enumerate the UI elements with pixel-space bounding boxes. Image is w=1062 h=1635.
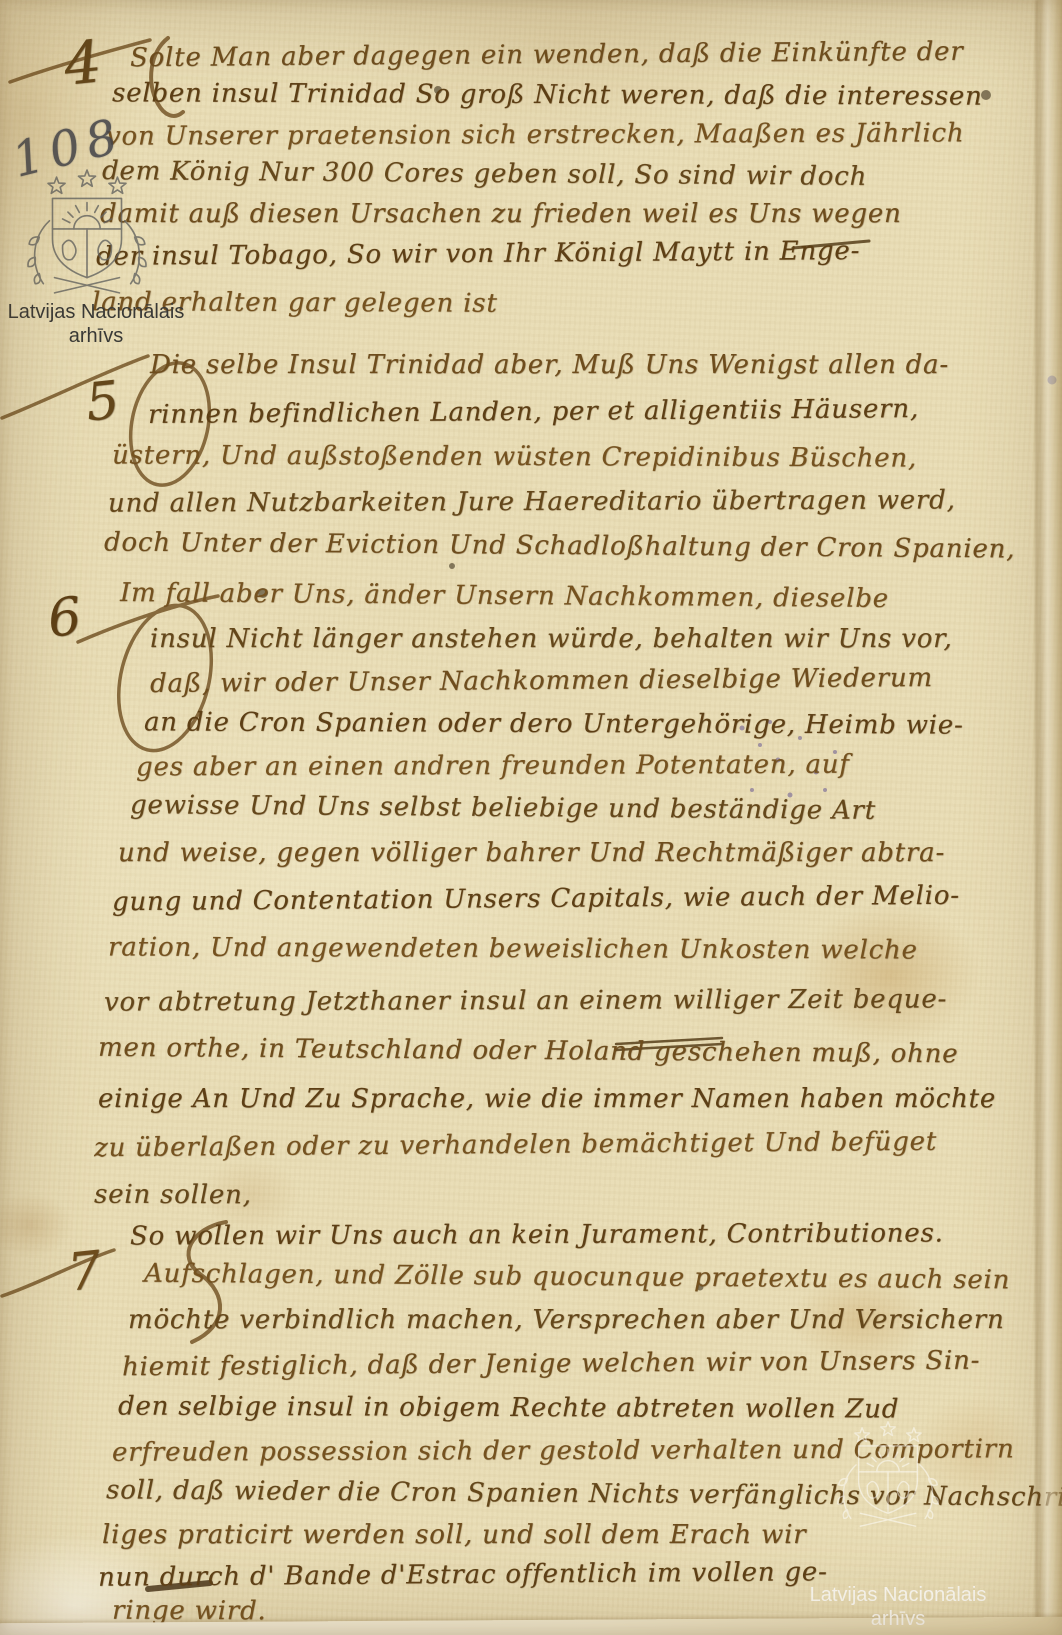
manuscript-line: gung und Contentation Unsers Capitals, w… bbox=[112, 883, 960, 916]
manuscript-line: insul Nicht länger anstehen würde, behal… bbox=[150, 626, 953, 652]
manuscript-line: üstern, Und außstoßenden wüsten Crepidin… bbox=[112, 442, 917, 471]
paragraph-number-5: 5 bbox=[83, 374, 121, 429]
manuscript-line: daß, wir oder Unser Nachkommen dieselbig… bbox=[150, 665, 933, 697]
manuscript-line: möchte verbindlich machen, Versprechen a… bbox=[128, 1307, 1005, 1333]
manuscript-line: doch Unter der Eviction Und Schadloßhalt… bbox=[104, 530, 1015, 563]
manuscript-line: und allen Nutzbarkeiten Jure Haereditari… bbox=[108, 487, 956, 516]
manuscript-line: soll, daß wieder die Cron Spanien Nichts… bbox=[106, 1477, 1062, 1510]
manuscript-line: damit auß diesen Ursachen zu frieden wei… bbox=[100, 201, 902, 227]
manuscript-line: gewisse Und Uns selbst beliebige und bes… bbox=[130, 792, 876, 824]
manuscript-line: So wollen wir Uns auch an kein Jurament,… bbox=[130, 1220, 944, 1249]
manuscript-line: Im fall aber Uns, änder Unsern Nachkomme… bbox=[120, 580, 889, 612]
manuscript-line: men orthe, in Teutschland oder Holand ge… bbox=[98, 1035, 959, 1068]
manuscript-line: rinnen befindlichen Landen, per et allig… bbox=[148, 396, 919, 428]
paragraph-number-4: 4 bbox=[61, 32, 104, 94]
manuscript-line: ringe wird. bbox=[112, 1598, 267, 1625]
manuscript-line: an die Cron Spanien oder dero Untergehör… bbox=[144, 709, 964, 738]
manuscript-line: einige An Und Zu Sprache, wie die immer … bbox=[98, 1086, 996, 1112]
manuscript-line: Solte Man aber dagegen ein wenden, daß d… bbox=[130, 39, 964, 71]
manuscript-line: dem König Nur 300 Cores geben soll, So s… bbox=[102, 158, 867, 190]
manuscript-page: 4Solte Man aber dagegen ein wenden, daß … bbox=[0, 0, 1062, 1635]
manuscript-line: erfreuden possession sich der gestold ve… bbox=[112, 1436, 1015, 1465]
manuscript-line: ration, Und angewendeten beweislichen Un… bbox=[108, 934, 918, 963]
manuscript-line: Die selbe Insul Trinidad aber, Muß Uns W… bbox=[150, 352, 949, 378]
manuscript-line: vor abtretung Jetzthaner insul an einem … bbox=[104, 986, 947, 1015]
manuscript-line: hiemit festiglich, daß der Jenige welche… bbox=[122, 1348, 980, 1381]
manuscript-line: selben insul Trinidad So groß Nicht were… bbox=[112, 80, 983, 109]
handwritten-text-layer: 4Solte Man aber dagegen ein wenden, daß … bbox=[0, 0, 1062, 1635]
manuscript-line: land erhalten gar gelegen ist bbox=[92, 289, 498, 317]
paragraph-number-6: 6 bbox=[45, 590, 83, 645]
manuscript-line: der insul Tobago, So wir von Ihr Königl … bbox=[96, 238, 860, 270]
manuscript-line: und weise, gegen völliger bahrer Und Rec… bbox=[118, 840, 945, 866]
manuscript-line: von Unserer praetension sich erstrecken,… bbox=[106, 120, 964, 149]
manuscript-line: zu überlaßen oder zu verhandelen bemächt… bbox=[94, 1129, 937, 1161]
paragraph-number-7: 7 bbox=[65, 1244, 103, 1299]
manuscript-line: Aufschlagen, und Zölle sub quocunque pra… bbox=[144, 1261, 1010, 1294]
manuscript-line: sein sollen, bbox=[94, 1182, 252, 1209]
manuscript-line: ges aber an einen andren freunden Potent… bbox=[136, 752, 850, 781]
manuscript-line: liges praticirt werden soll, und soll de… bbox=[102, 1522, 806, 1548]
manuscript-line: den selbige insul in obigem Rechte abtre… bbox=[118, 1394, 899, 1423]
page-right-edge bbox=[1034, 0, 1062, 1635]
manuscript-line: nun durch d' Bande d'Estrac offentlich i… bbox=[98, 1559, 828, 1591]
